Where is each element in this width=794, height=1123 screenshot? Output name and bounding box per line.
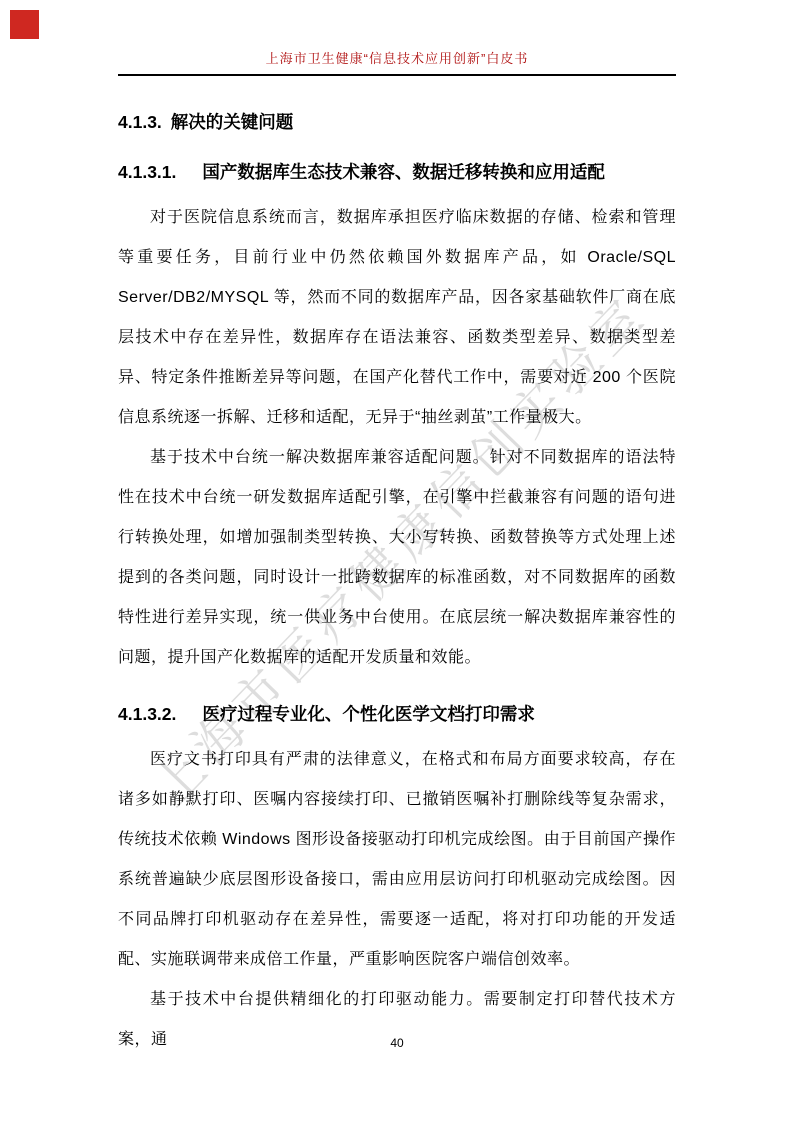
section-number: 4.1.3. bbox=[118, 108, 162, 136]
subsection-title: 国产数据库生态技术兼容、数据迁移转换和应用适配 bbox=[202, 162, 605, 182]
subsection-number: 4.1.3.1. bbox=[118, 158, 176, 186]
document-page: 上海市医疗健康信创实验室 上海市卫生健康“信息技术应用创新”白皮书 4.1.3.… bbox=[0, 0, 794, 1123]
header-title: 上海市卫生健康“信息技术应用创新”白皮书 bbox=[118, 0, 676, 76]
section-heading-413: 4.1.3.解决的关键问题 bbox=[118, 108, 676, 136]
page-footer: 40 bbox=[0, 1036, 794, 1050]
corner-red-square bbox=[10, 10, 39, 39]
subsection-heading-4131: 4.1.3.1.国产数据库生态技术兼容、数据迁移转换和应用适配 bbox=[118, 158, 676, 186]
page-content: 4.1.3.解决的关键问题 4.1.3.1.国产数据库生态技术兼容、数据迁移转换… bbox=[118, 96, 676, 1060]
subsection-heading-4132: 4.1.3.2.医疗过程专业化、个性化医学文档打印需求 bbox=[118, 700, 676, 728]
section-title: 解决的关键问题 bbox=[171, 112, 294, 132]
subsection-number: 4.1.3.2. bbox=[118, 700, 176, 728]
subsection-title: 医疗过程专业化、个性化医学文档打印需求 bbox=[202, 704, 535, 724]
paragraph-printing-problem: 医疗文书打印具有严肃的法律意义，在格式和布局方面要求较高，存在诸多如静默打印、医… bbox=[118, 740, 676, 980]
page-number: 40 bbox=[390, 1036, 403, 1050]
paragraph-database-problem: 对于医院信息系统而言，数据库承担医疗临床数据的存储、检索和管理等重要任务，目前行… bbox=[118, 198, 676, 438]
paragraph-database-solution: 基于技术中台统一解决数据库兼容适配问题。针对不同数据库的语法特性在技术中台统一研… bbox=[118, 438, 676, 678]
page-header: 上海市卫生健康“信息技术应用创新”白皮书 bbox=[118, 0, 676, 76]
